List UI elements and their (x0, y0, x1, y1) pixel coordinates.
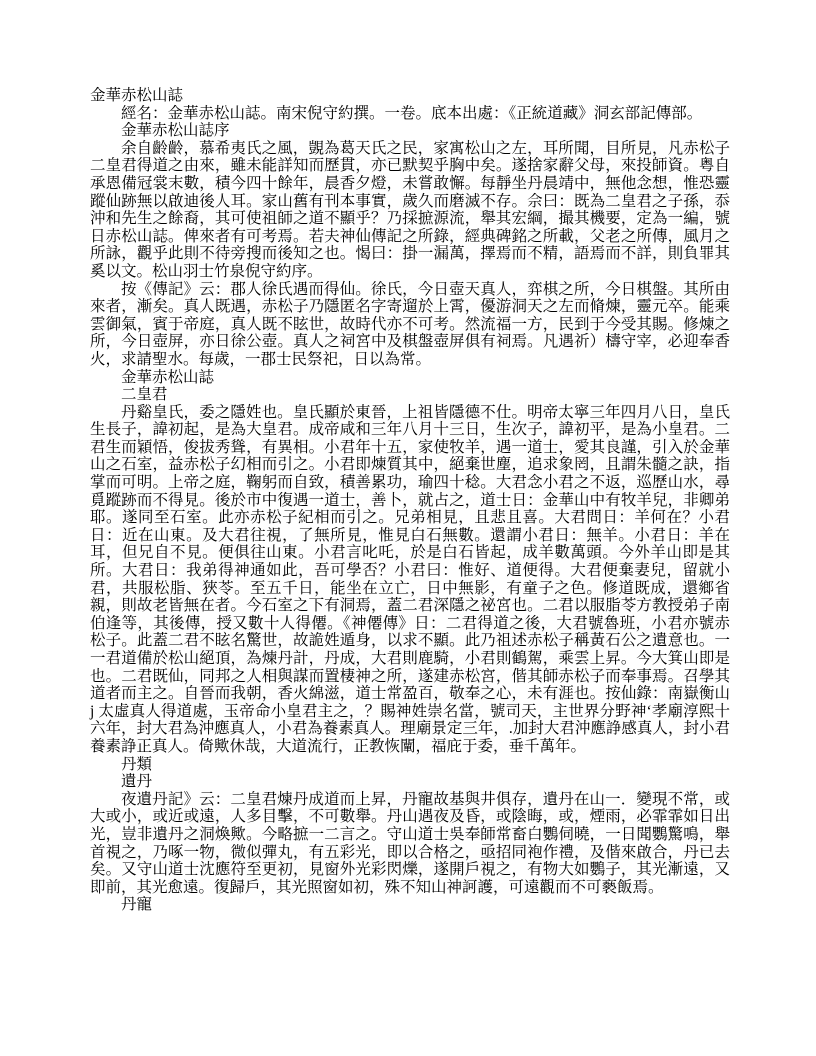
yidan-paragraph: 夜遺丹記》云：二皇君煉丹成道而上昇，丹寵故基與井俱存，遺丹在山一．變現不常，或大… (90, 791, 730, 897)
erhuangjun-paragraph: 丹谿皇氏，委之隱姓也。皇氏顯於東晉，上祖皆隱德不仕。明帝太寧三年四月八日，皇氏生… (90, 404, 730, 756)
danlei-heading: 丹類 (90, 756, 730, 774)
preface-heading: 金華赤松山誌序 (90, 122, 730, 140)
danzao-heading: 丹寵 (90, 896, 730, 914)
text-column: 金華赤松山誌 經名：金華赤松山誌。南宋倪守約撰。一卷。底本出處：《正統道藏》洞玄… (90, 87, 730, 914)
yidan-heading: 遺丹 (90, 773, 730, 791)
section-title: 金華赤松山誌 (90, 369, 730, 387)
doc-main-title: 金華赤松山誌 (90, 87, 730, 105)
edition-note: 經名：金華赤松山誌。南宋倪守約撰。一卷。底本出處：《正統道藏》洞玄部記傳部。 (90, 105, 730, 123)
preface-paragraph: 余自齡齡，慕希夷氏之風，覬為葛天氏之民，家寓松山之左，耳所聞，目所見，凡赤松子二… (90, 140, 730, 281)
chuanji-paragraph: 按《傳記》云：郡人徐氏遇而得仙。徐氏，今日壺天真人，弈棋之所，今日棋盤。其所由來… (90, 281, 730, 369)
document-page: 金華赤松山誌 經名：金華赤松山誌。南宋倪守約撰。一卷。底本出處：《正統道藏》洞玄… (0, 0, 816, 1056)
subsection-heading-erhuangjun: 二皇君 (90, 386, 730, 404)
